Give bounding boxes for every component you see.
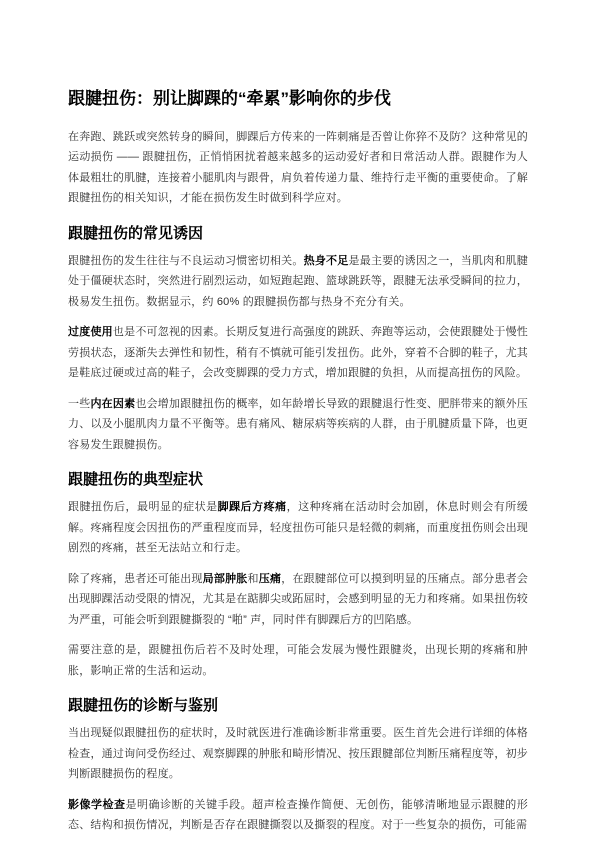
paragraph-overuse: 过度使用也是不可忽视的因素。长期反复进行高强度的跳跃、奔跑等运动，会使跟腱处于慢… [68, 322, 528, 384]
intro-paragraph: 在奔跑、跳跃或突然转身的瞬间，脚踝后方传来的一阵刺痛是否曾让你猝不及防？这种常见… [68, 127, 528, 209]
paragraph-warmup: 跟腱扭伤的发生往往与不良运动习惯密切相关。热身不足是最主要的诱因之一，当肌肉和肌… [68, 251, 528, 313]
section-heading-causes: 跟腱扭伤的常见诱因 [68, 223, 528, 244]
paragraph-pain: 跟腱扭伤后，最明显的症状是脚踝后方疼痛，这种疼痛在活动时会加剧，休息时则会有所缓… [68, 497, 528, 559]
paragraph-internal-factors: 一些内在因素也会增加跟腱扭伤的概率，如年龄增长导致的跟腱退行性变、肥胖带来的额外… [68, 394, 528, 456]
paragraph-swelling: 除了疼痛，患者还可能出现局部肿胀和压痛，在跟腱部位可以摸到明显的压痛点。部分患者… [68, 569, 528, 631]
section-heading-symptoms: 跟腱扭伤的典型症状 [68, 469, 528, 490]
paragraph-chronic-warning: 需要注意的是，跟腱扭伤后若不及时处理，可能会发展为慢性跟腱炎，出现长期的疼痛和肿… [68, 640, 528, 681]
paragraph-imaging: 影像学检查是明确诊断的关键手段。超声检查操作简便、无创伤，能够清晰地显示跟腱的形… [68, 795, 528, 836]
section-heading-diagnosis: 跟腱扭伤的诊断与鉴别 [68, 695, 528, 716]
paragraph-physical-exam: 当出现疑似跟腱扭伤的症状时，及时就医进行准确诊断非常重要。医生首先会进行详细的体… [68, 723, 528, 785]
document-page: 跟腱扭伤：别让脚踝的“牵累”影响你的步伐 在奔跑、跳跃或突然转身的瞬间，脚踝后方… [0, 0, 595, 841]
document-title: 跟腱扭伤：别让脚踝的“牵累”影响你的步伐 [68, 88, 528, 111]
